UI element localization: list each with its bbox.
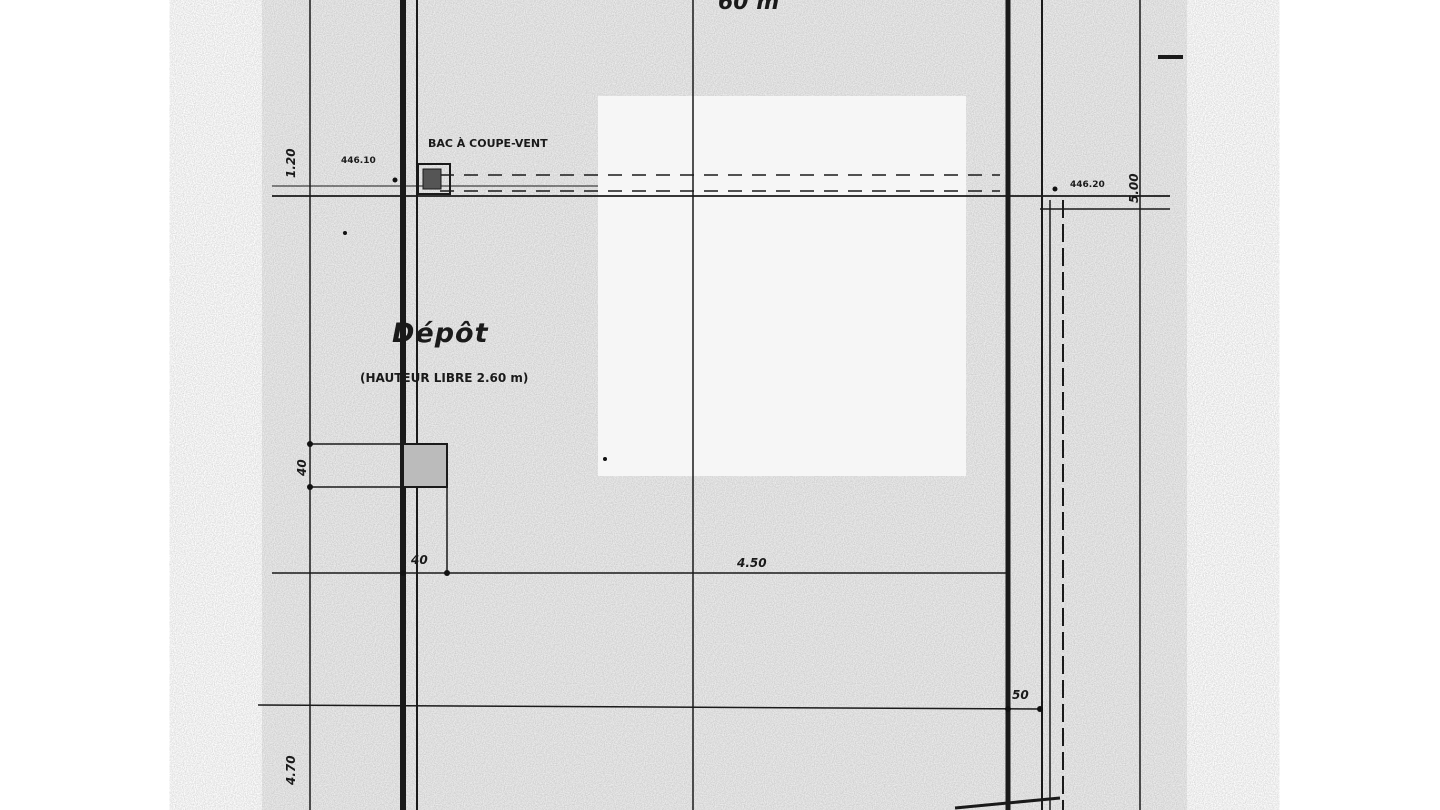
floor-plan-drawing: [0, 0, 1440, 810]
room-note: (HAUTEUR LIBRE 2.60 m): [360, 371, 528, 385]
dim-left-top: 1.20: [284, 148, 298, 178]
dim-left-bottom: 4.70: [284, 755, 298, 785]
level-left: 446.10: [341, 156, 376, 166]
level-right: 446.20: [1070, 180, 1105, 190]
dim-right-lower: 50: [1012, 688, 1029, 702]
correction-patch: [598, 96, 966, 476]
dim-column: 40: [411, 553, 428, 567]
dim-left-mid: 40: [295, 459, 309, 476]
dim-span: 4.50: [737, 556, 767, 570]
dim-right-top: 5.00: [1127, 173, 1141, 203]
feature-label: BAC À COUPE-VENT: [428, 137, 548, 150]
room-name: Dépôt: [392, 318, 489, 349]
scale-label: 60 m: [718, 0, 779, 15]
